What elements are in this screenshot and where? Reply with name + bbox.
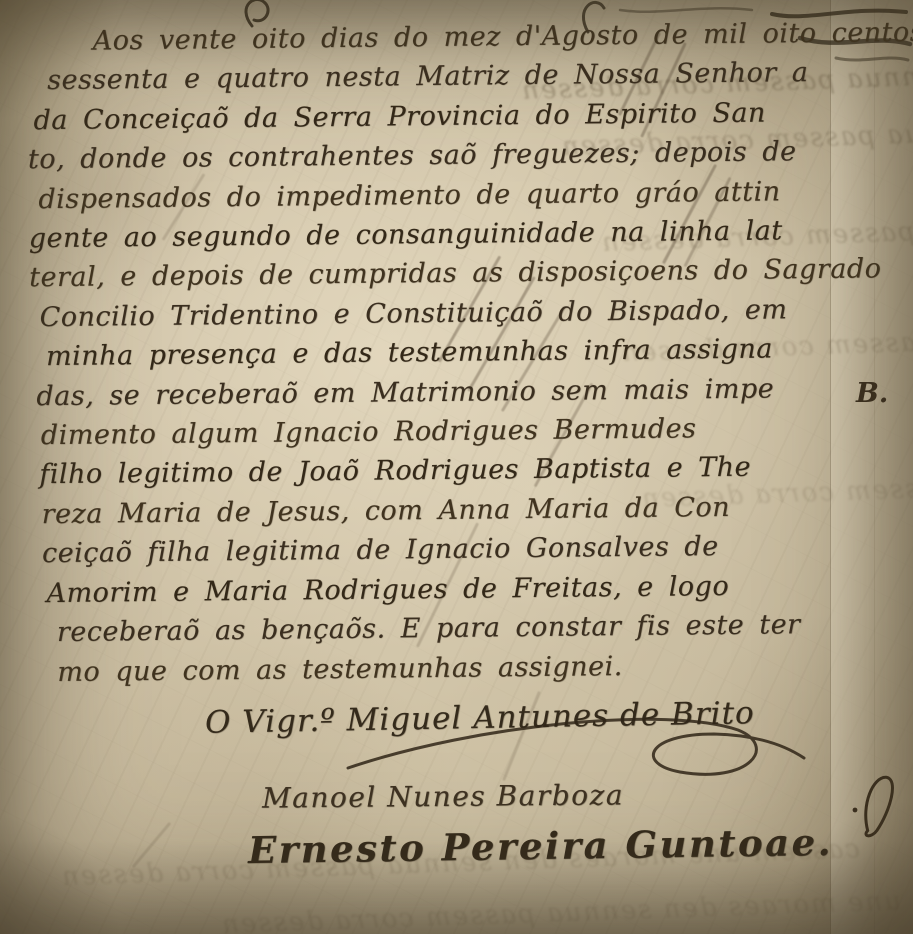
bleedthrough-script: cassem une moraes den sennua passem corr… bbox=[220, 882, 913, 934]
record-paragraph: Aos vente oito dias do mez d'Agosto de m… bbox=[27, 14, 844, 692]
ink-bleed-stroke bbox=[132, 822, 172, 868]
signature-vicar: O Vigr.º Miguel Antunes de Brito bbox=[205, 695, 755, 741]
page-crease-line bbox=[874, 0, 875, 934]
manuscript-line: mo que com as testemunhas assignei. bbox=[57, 644, 843, 692]
signature-witness-1: Manoel Nunes Barboza bbox=[262, 778, 624, 814]
page-fold-strip bbox=[830, 0, 913, 934]
margin-note-b: B. bbox=[856, 378, 888, 409]
manuscript-photo: cassem une moraes den sennua passem corr… bbox=[0, 0, 913, 934]
signature-witness-2: Ernesto Pereira Guntoae. bbox=[248, 820, 834, 872]
manuscript-line: receberaõ as bençaõs. E para constar fis… bbox=[57, 605, 843, 653]
